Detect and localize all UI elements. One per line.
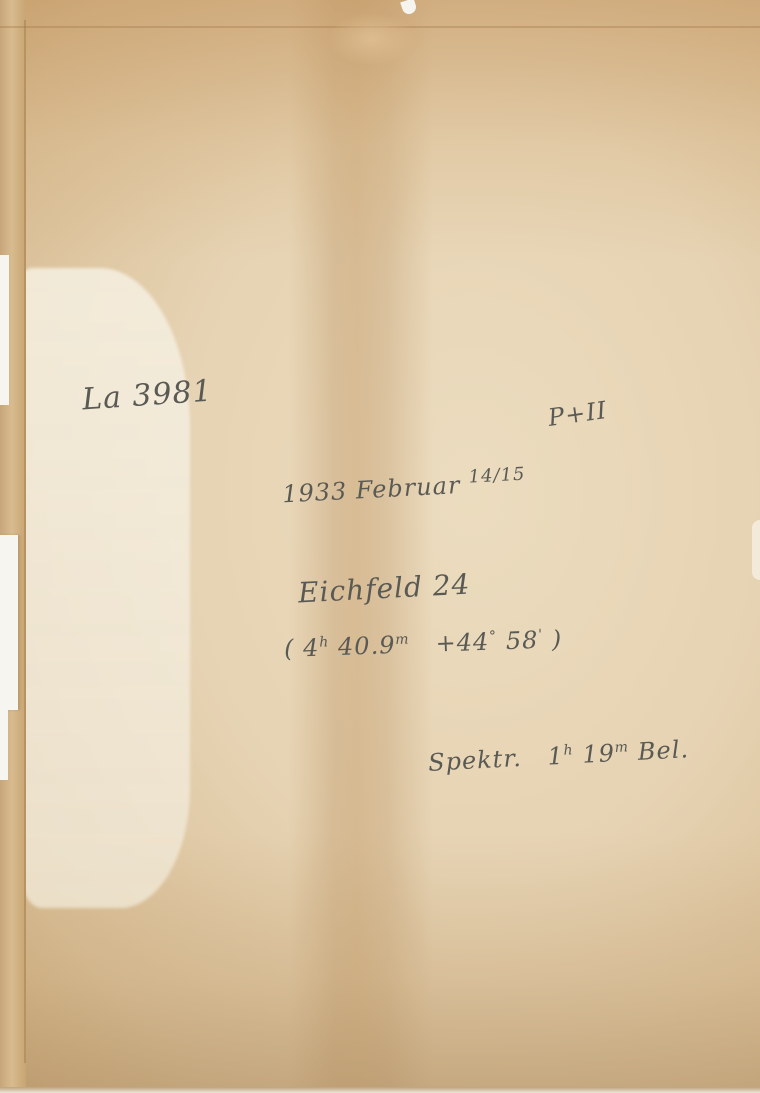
- dec-minutes: 58: [505, 626, 539, 655]
- exposure-suffix: Bel.: [637, 735, 690, 766]
- date-month: Februar: [355, 471, 461, 504]
- spine-fold-line: [24, 20, 26, 1063]
- left-edge-tear-lower: [0, 710, 8, 780]
- scanned-envelope: La 3981 P+II 1933 Februar 14/15 Eichfeld…: [0, 0, 760, 1093]
- ra-minutes: 40.9: [338, 631, 396, 661]
- ra-minutes-unit: m: [395, 631, 410, 647]
- left-edge-tear: [0, 255, 9, 405]
- coords-close-paren: ): [551, 625, 562, 653]
- exposure-minutes: 19: [582, 739, 616, 769]
- exposure-hours-unit: h: [563, 742, 574, 759]
- dec-minutes-unit: ': [538, 627, 543, 643]
- ra-hours-unit: h: [319, 634, 330, 650]
- right-edge-notch: [752, 520, 760, 580]
- left-edge-gap: [0, 535, 18, 710]
- dec-degrees: +44: [435, 628, 490, 658]
- top-torn-flap: [330, 14, 414, 64]
- dec-degrees-unit: °: [489, 628, 498, 644]
- exposure-hours: 1: [547, 742, 565, 771]
- coords-open-paren: (: [284, 635, 295, 663]
- tissue-overlay-patch: [22, 268, 190, 908]
- exposure-minutes-unit: m: [614, 739, 629, 756]
- exposure-label: Spektr.: [427, 744, 522, 777]
- bottom-edge: [0, 1087, 760, 1093]
- date-year: 1933: [282, 477, 348, 508]
- ra-hours: 4: [303, 634, 320, 663]
- date-days: 14/15: [468, 464, 526, 488]
